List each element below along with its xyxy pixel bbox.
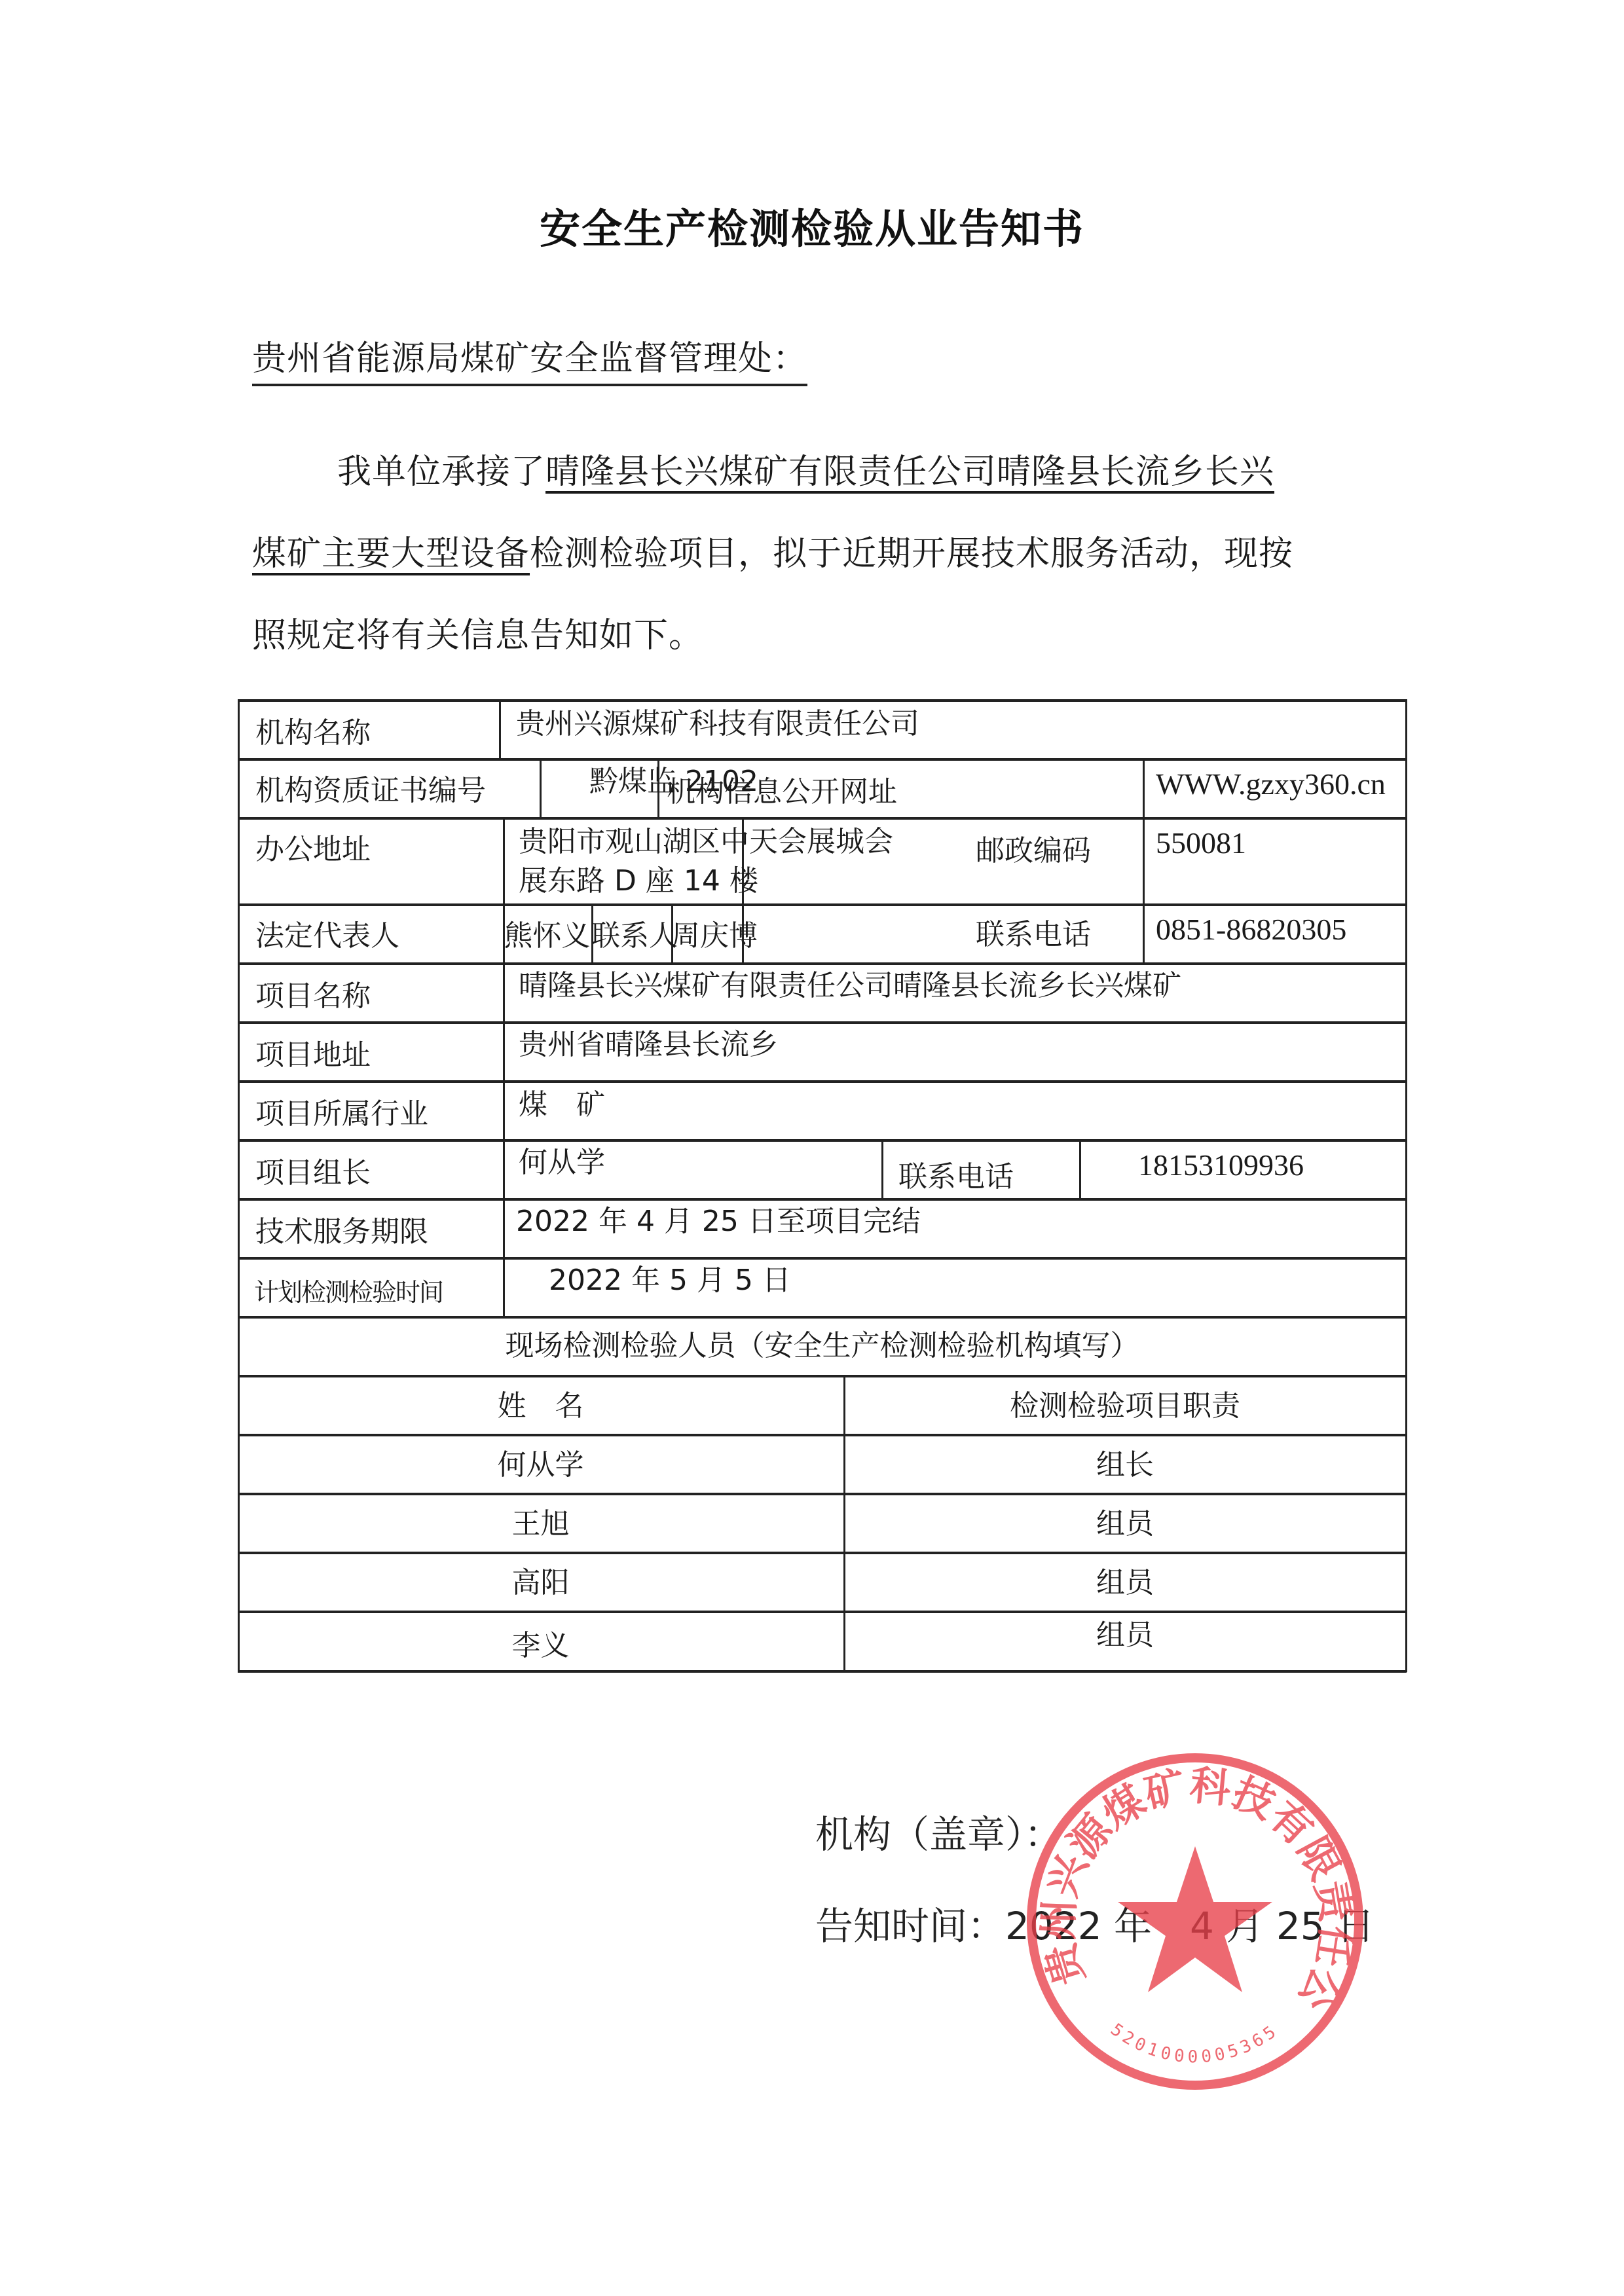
cert-no-label: 机构资质证书编号	[255, 773, 486, 809]
paragraph-prefix: 我单位承接了	[337, 452, 545, 492]
personnel-role: 组员	[843, 1617, 1407, 1654]
table-border	[238, 817, 1407, 820]
service-period-value: 2022 年 4 月 25 日至项目完结	[516, 1203, 921, 1240]
personnel-role: 组员	[843, 1565, 1407, 1601]
table-border	[540, 758, 542, 818]
table-border	[238, 1375, 1407, 1377]
service-period-label: 技术服务期限	[255, 1214, 428, 1250]
planned-time-label: 计划检测检验时间	[254, 1274, 443, 1311]
personnel-section-title: 现场检测检验人员（安全生产检测检验机构填写）	[238, 1328, 1407, 1364]
table-border	[238, 1670, 1407, 1673]
project-name-value: 晴隆县长兴煤矿有限责任公司晴隆县长流乡长兴煤矿	[519, 968, 1181, 1004]
office-address-line-2: 展东路 D 座 14 楼	[519, 863, 758, 900]
personnel-name: 何从学	[238, 1447, 843, 1484]
contact-value: 周庆博	[671, 918, 742, 955]
paragraph-line-2: 煤矿主要大型设备检测检验项目，拟于近期开展技术服务活动，现按	[252, 537, 1293, 571]
contact-phone-value: 0851-86820305	[1156, 911, 1346, 948]
paragraph-suffix: 检测检验项目，拟于近期开展技术服务活动，现按	[530, 534, 1293, 574]
personnel-role: 组长	[843, 1447, 1407, 1484]
org-name-value: 贵州兴源煤矿科技有限责任公司	[516, 706, 919, 742]
table-border	[238, 1257, 1407, 1260]
table-border	[238, 1139, 1407, 1142]
project-scope-underlined: 煤矿主要大型设备	[252, 534, 530, 574]
contact-phone-label: 联系电话	[976, 917, 1091, 953]
table-border	[238, 1021, 1407, 1024]
table-border	[503, 962, 505, 1317]
header-name: 姓 名	[238, 1388, 843, 1425]
personnel-name: 李义	[238, 1628, 843, 1664]
table-border	[1143, 817, 1145, 905]
industry-label: 项目所属行业	[255, 1096, 428, 1133]
office-address-label: 办公地址	[255, 831, 371, 868]
company-seal-icon: 贵州兴源煤矿科技有限责任公司 5201000005365	[1018, 1745, 1372, 2098]
table-border	[1079, 1139, 1081, 1199]
table-border	[238, 699, 1407, 702]
table-border	[503, 817, 505, 905]
leader-phone-value: 18153109936	[1138, 1147, 1304, 1184]
team-leader-label: 项目组长	[255, 1155, 371, 1192]
postcode-label: 邮政编码	[976, 833, 1091, 869]
postcode-value: 550081	[1156, 825, 1246, 862]
paragraph-line-1: 我单位承接了晴隆县长兴煤矿有限责任公司晴隆县长流乡长兴	[337, 455, 1274, 489]
recipient: 贵州省能源局煤矿安全监督管理处：	[252, 331, 807, 386]
table-border	[238, 1080, 1407, 1083]
info-table	[0, 0, 1624, 2296]
notice-date-label: 告知时间：	[815, 1904, 1005, 1948]
paragraph-line-3: 照规定将有关信息告知如下。	[252, 619, 703, 653]
contact-label: 联系人	[591, 918, 671, 955]
personnel-role: 组员	[843, 1506, 1407, 1542]
document-title: 安全生产检测检验从业告知书	[0, 196, 1624, 255]
planned-time-value: 2022 年 5 月 5 日	[549, 1262, 791, 1299]
project-name-underlined: 晴隆县长兴煤矿有限责任公司晴隆县长流乡长兴	[545, 452, 1274, 492]
project-address-label: 项目地址	[255, 1037, 371, 1074]
table-border	[499, 699, 501, 759]
table-border	[238, 903, 1407, 906]
table-border	[238, 1493, 1407, 1495]
personnel-name: 高阳	[238, 1565, 843, 1601]
org-name-label: 机构名称	[255, 715, 371, 752]
industry-value: 煤 矿	[519, 1087, 605, 1123]
table-border	[238, 1198, 1407, 1201]
header-role: 检测检验项目职责	[843, 1388, 1407, 1425]
table-border	[238, 962, 1407, 965]
legal-rep-label: 法定代表人	[255, 918, 399, 955]
website-label: 机构信息公开网址	[667, 774, 897, 811]
table-border	[1143, 903, 1145, 964]
legal-rep-value: 熊怀义	[503, 918, 591, 955]
table-border	[881, 1139, 883, 1199]
table-border	[238, 758, 1407, 761]
table-border	[238, 1434, 1407, 1436]
project-name-label: 项目名称	[255, 978, 371, 1015]
table-border	[238, 1316, 1407, 1319]
leader-phone-label: 联系电话	[898, 1159, 1014, 1195]
svg-text:5201000005365: 5201000005365	[1107, 2020, 1283, 2067]
table-border	[238, 1611, 1407, 1613]
table-border	[1143, 758, 1145, 818]
project-address-value: 贵州省晴隆县长流乡	[519, 1027, 778, 1063]
personnel-name: 王旭	[238, 1506, 843, 1542]
table-border	[238, 1552, 1407, 1554]
team-leader-value: 何从学	[519, 1144, 605, 1181]
website-value: WWW.gzxy360.cn	[1156, 766, 1386, 803]
office-address-line-1: 贵阳市观山湖区中天会展城会	[519, 824, 893, 860]
